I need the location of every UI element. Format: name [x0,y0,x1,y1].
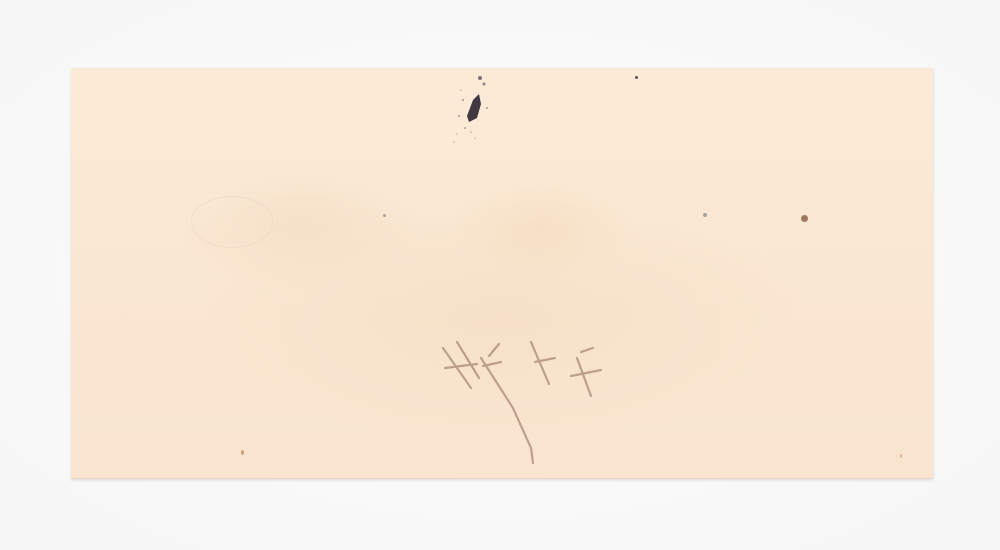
top-speck [635,76,638,79]
ink-blot-icon [451,70,501,150]
photo-background: 4474 [0,0,1000,550]
pencil-serial-number [431,338,631,468]
brown-stain-spot [801,215,808,222]
bottom-right-speck [900,454,902,458]
bottom-speck [241,450,244,455]
faint-stamp-impression [191,196,273,248]
banknote-reverse: 4474 [71,68,933,479]
small-speck [383,214,386,217]
gray-speck [703,213,707,217]
